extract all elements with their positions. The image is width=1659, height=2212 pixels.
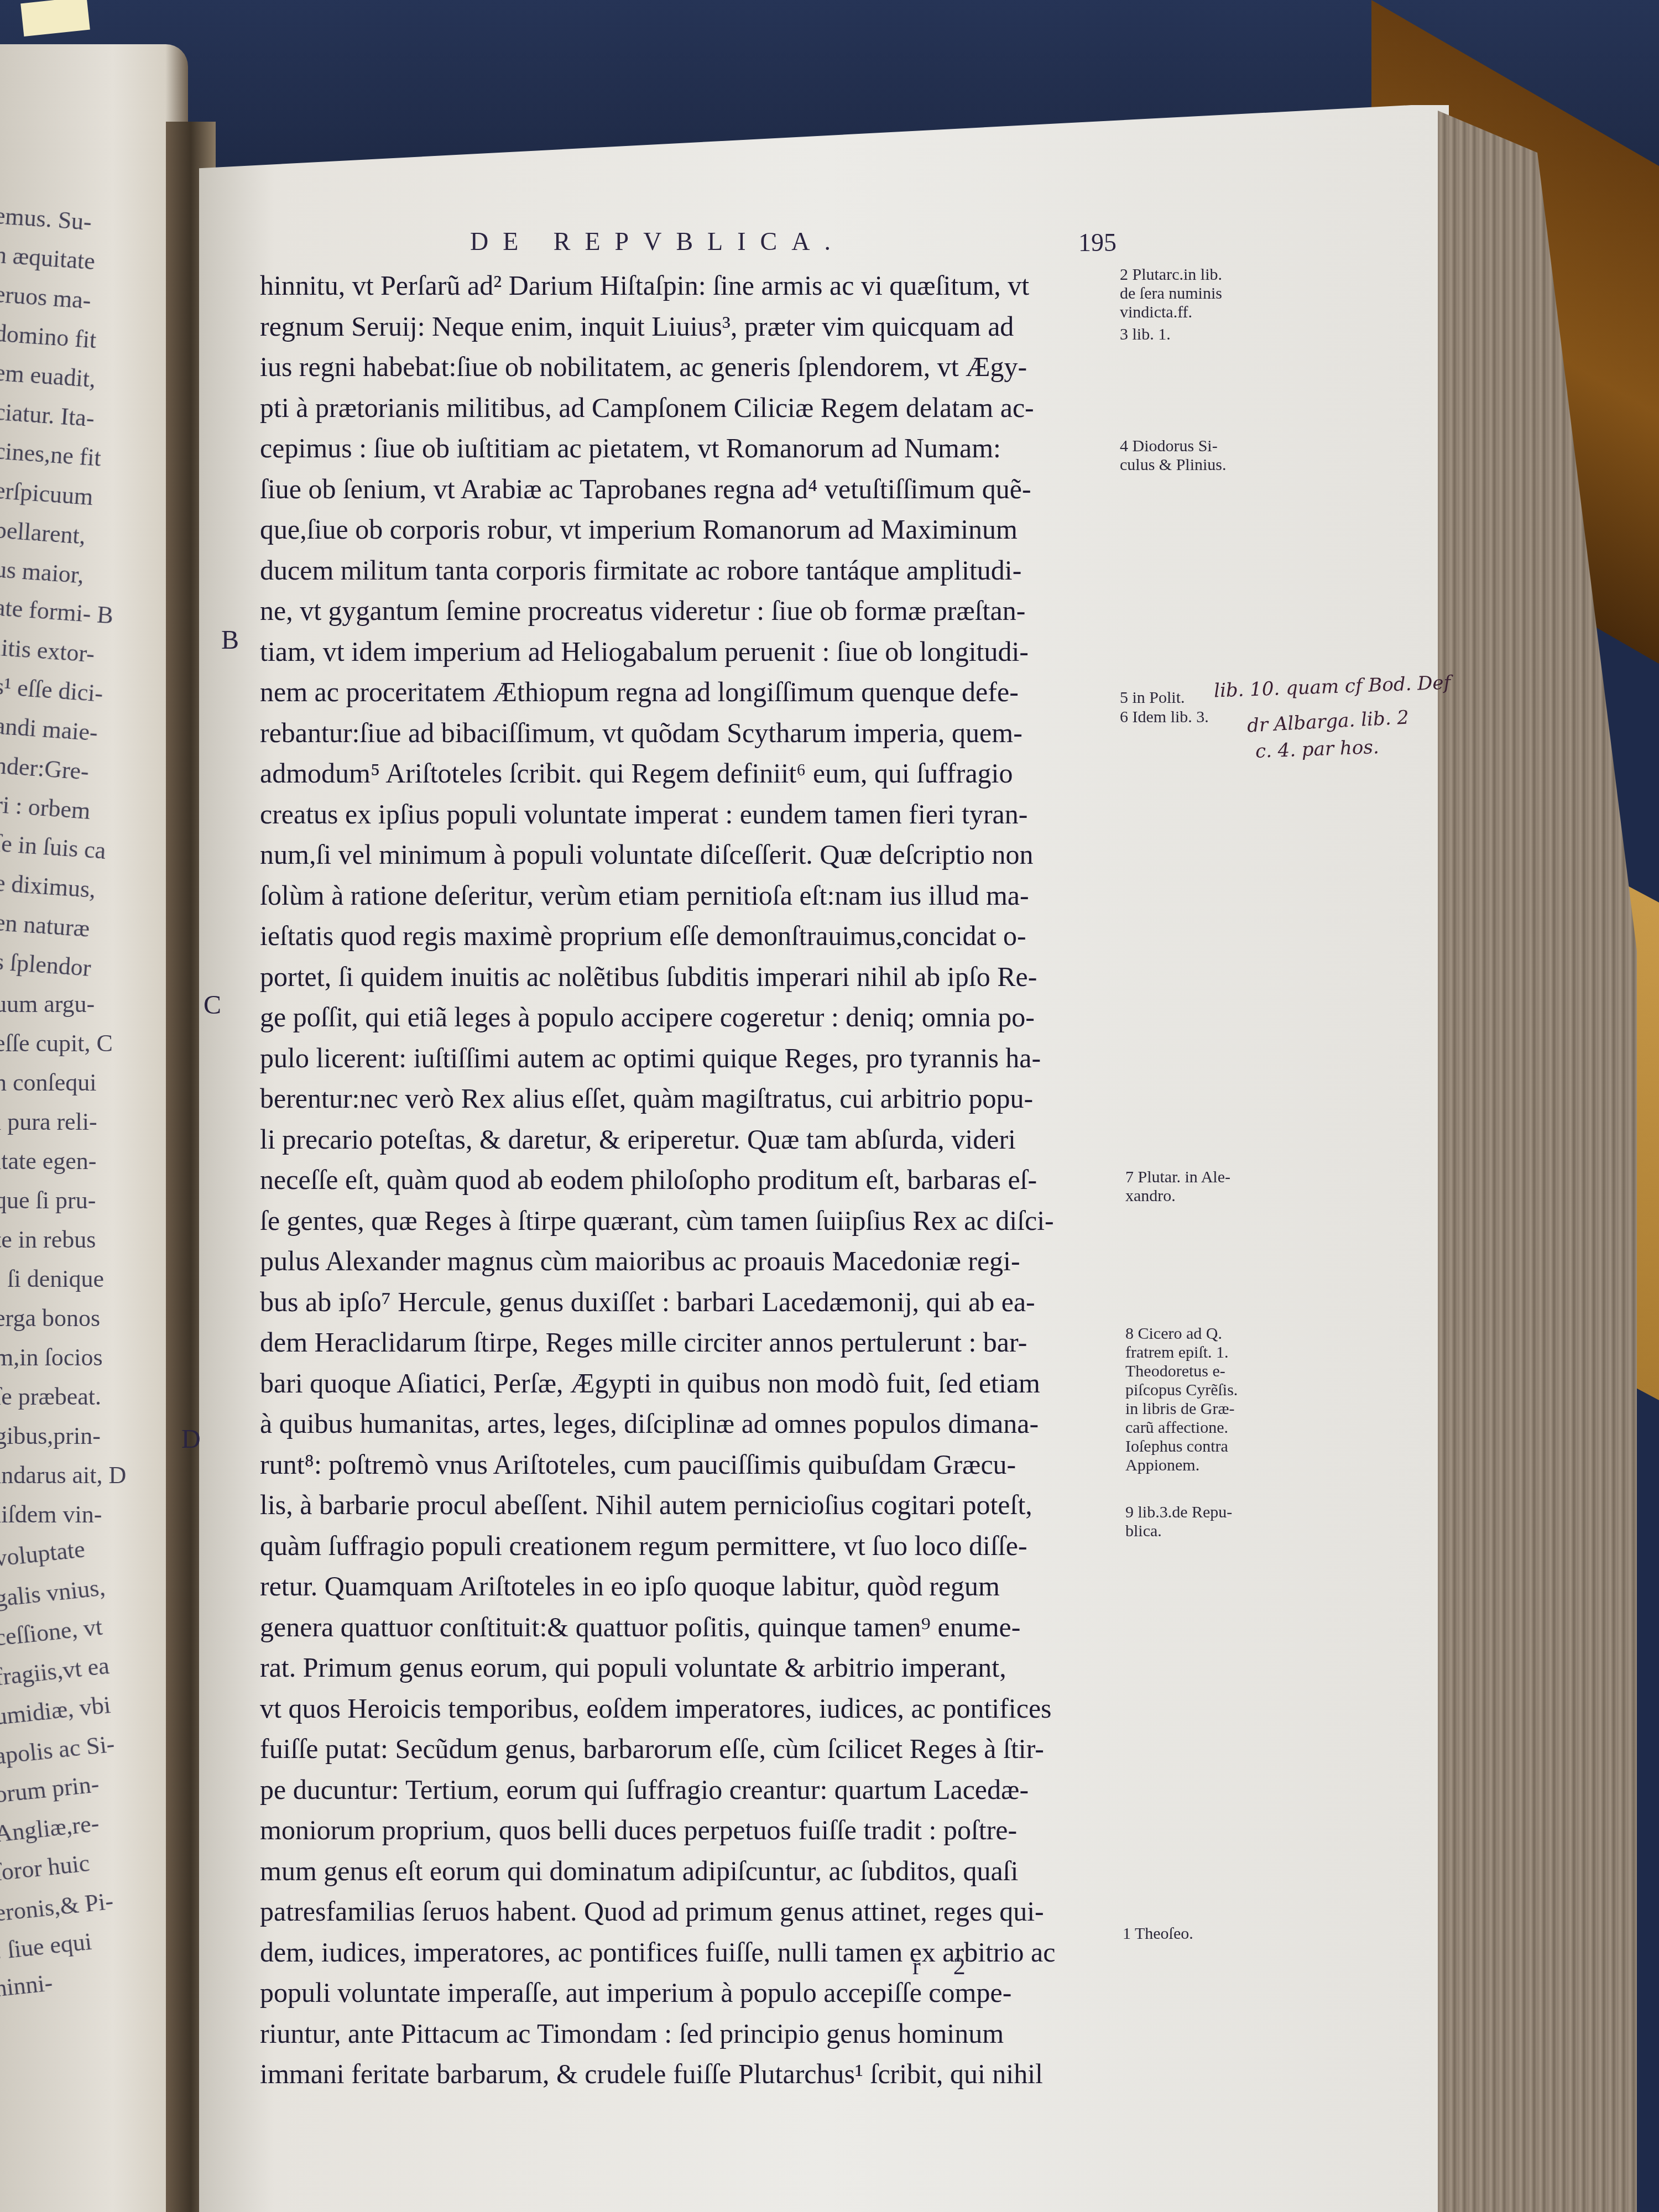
left-page-line: pellarent, — [0, 515, 86, 550]
left-page-line: us maior, — [0, 555, 85, 589]
margin-note-1: 1 Theoſeo. — [1123, 1924, 1193, 1943]
left-page-line: voluptate — [0, 1535, 86, 1573]
margin-note-4: 4 Diodorus Si- culus & Plinius. — [1120, 437, 1227, 474]
left-page-line: em euadit, — [0, 358, 97, 394]
text-line: patresfamilias ſeruos habent. Quod ad pr… — [260, 1891, 1117, 1932]
text-line: ieſtatis quod regis maximè proprium eſſe… — [260, 916, 1117, 957]
text-line: runt⁸: poſtremò vnus Ariſtoteles, cum pa… — [260, 1444, 1117, 1485]
left-page-line: ceſſione, vt — [0, 1613, 104, 1652]
left-page-line: : ſi denique — [0, 1265, 104, 1293]
text-line: dem, iudices, imperatores, ac pontifices… — [260, 1932, 1117, 1973]
left-page-line: s¹ eſſe dici- — [0, 672, 104, 708]
text-line: pulo licerent: iuſtiſſimi autem ac optim… — [260, 1038, 1117, 1079]
left-page-line: emus. Su- — [0, 201, 93, 236]
left-page-line: gibus,prin- — [0, 1422, 101, 1450]
text-line: fuiſſe putat: Secũdum genus, barbarorum … — [260, 1729, 1117, 1770]
left-page-line: fragiis,vt ea — [0, 1651, 111, 1691]
text-line: à quibus humanitas, artes, leges, diſcip… — [260, 1404, 1117, 1444]
left-page-line: ciatur. Ita- — [0, 398, 95, 432]
text-line: lis, à barbarie procul abeſſent. Nihil a… — [260, 1485, 1117, 1526]
margin-note-6: 6 Idem lib. 3. — [1120, 708, 1209, 727]
text-line: que,ſiue ob corporis robur, vt imperium … — [260, 509, 1117, 550]
text-line: populi voluntate imperaſſe, aut imperium… — [260, 1973, 1117, 2013]
text-line: bus ab ipſo⁷ Hercule, genus duxiſſet : b… — [260, 1282, 1117, 1323]
left-page-line: que ſi pru- — [0, 1186, 96, 1214]
left-page-line: nder:Gre- — [0, 751, 90, 786]
text-line: mum genus eſt eorum qui dominatum adipiſ… — [260, 1851, 1117, 1892]
left-page-line: ate formi- B — [0, 593, 114, 630]
text-line: creatus ex ipſius populi voluntate imper… — [260, 794, 1117, 835]
text-line: ſiue ob ſenium, vt Arabiæ ac Taprobanes … — [260, 469, 1117, 510]
text-line: genera quattuor conſtituit:& quattuor po… — [260, 1607, 1117, 1648]
left-page-line: cines,ne fit — [0, 436, 102, 472]
margin-note-8: 8 Cicero ad Q. fratrem epiſt. 1. Theodor… — [1125, 1324, 1238, 1475]
margin-note-9: 9 lib.3.de Repu- blica. — [1125, 1503, 1232, 1541]
text-line: ducem militum tanta corporis firmitate a… — [260, 550, 1117, 591]
section-letter-d: D — [181, 1424, 201, 1454]
left-page-line: n æquitate — [0, 241, 96, 276]
left-page-line: n conſequi — [0, 1068, 97, 1097]
section-letter-b: B — [221, 625, 239, 655]
left-page-line: e diximus, — [0, 869, 97, 904]
margin-note-5: 5 in Polit. — [1120, 688, 1185, 707]
text-line: ius regni habebat:ſiue ob nobilitatem, a… — [260, 347, 1117, 388]
text-line: rat. Primum genus eorum, qui populi volu… — [260, 1647, 1117, 1688]
margin-note-2: 2 Plutarc.in lib. de ſera numinis vindic… — [1120, 265, 1222, 322]
left-page-line: s ſplendor — [0, 947, 92, 982]
left-page-line: hinni- — [0, 1969, 54, 2003]
text-line: neceſſe eſt, quàm quod ab eodem philoſop… — [260, 1160, 1117, 1201]
left-page-line: : ſiue equi — [0, 1927, 93, 1965]
text-line: num,ſi vel minimum à populi voluntate di… — [260, 834, 1117, 875]
text-line: pulus Alexander magnus cùm maioribus ac … — [260, 1241, 1117, 1282]
left-page-line: uum argu- — [0, 990, 95, 1018]
left-page-line: ſe in ſuis ca — [0, 829, 107, 865]
text-line: ne, vt gygantum ſemine procreatus videre… — [260, 591, 1117, 632]
handwritten-annotation-line-3: c. 4. par hos. — [1255, 736, 1379, 763]
left-page-line: m,in ſocios — [0, 1343, 103, 1371]
text-line: riuntur, ante Pittacum ac Timondam : ſed… — [260, 2013, 1117, 2054]
margin-note-3: 3 lib. 1. — [1120, 325, 1171, 344]
text-line: ge poſſit, qui etiã leges à populo accip… — [260, 997, 1117, 1038]
left-page-line: indarus ait, D — [0, 1461, 126, 1489]
text-line: admodum⁵ Ariſtoteles ſcribit. qui Regem … — [260, 753, 1117, 794]
left-page-line: erſpicuum — [0, 476, 94, 511]
text-line: nem ac proceritatem Æthiopum regna ad lo… — [260, 672, 1117, 713]
left-page-line: umidiæ, vbi — [0, 1691, 112, 1731]
left-page-line: i pura reli- — [0, 1108, 97, 1136]
left-page-line: apolis ac Si- — [0, 1730, 116, 1770]
left-page-line: eronis,& Pi- — [0, 1887, 114, 1927]
text-line: quàm ſuffragio populi creationem regum p… — [260, 1526, 1117, 1567]
left-page-line: ſe præbeat. — [0, 1383, 101, 1411]
left-page-line: eſſe cupit, C — [0, 1029, 113, 1057]
left-page: emus. Su-n æquitateeruos ma-domino fitem… — [0, 44, 188, 2212]
text-line: pe ducuntur: Tertium, eorum qui ſuffragi… — [260, 1770, 1117, 1811]
text-line: ſolùm à ratione deſeritur, verùm etiam p… — [260, 875, 1117, 916]
left-page-line: ri : orbem — [0, 790, 91, 825]
page-number: 195 — [1078, 228, 1117, 257]
left-page-line: orum prin- — [0, 1770, 101, 1809]
text-line: dem Heraclidarum ſtirpe, Reges mille cir… — [260, 1322, 1117, 1363]
text-line: immani feritate barbarum, & crudele fuiſ… — [260, 2054, 1117, 2095]
text-line: berentur:nec verò Rex alius eſſet, quàm … — [260, 1078, 1117, 1119]
text-line: regnum Seruij: Neque enim, inquit Liuius… — [260, 306, 1117, 347]
running-header: DE REPVBLICA. — [470, 227, 845, 256]
left-page-line: domino fit — [0, 319, 97, 354]
left-page-line: ſoror huic — [0, 1849, 91, 1887]
text-line: rebantur:ſiue ad bibaciſſimum, vt quõdam… — [260, 713, 1117, 754]
left-page-line: en naturæ — [0, 908, 91, 943]
text-line: vt quos Heroicis temporibus, eoſdem impe… — [260, 1688, 1117, 1729]
left-page-line: Angliæ,re- — [0, 1809, 101, 1848]
text-line: cepimus : ſiue ob iuſtitiam ac pietatem,… — [260, 428, 1117, 469]
section-letter-c: C — [204, 990, 221, 1020]
text-line: moniorum proprium, quos belli duces perp… — [260, 1810, 1117, 1851]
text-line: hinnitu, vt Perſarũ ad² Darium Hiſtaſpin… — [260, 265, 1117, 306]
signature-mark: r 2 — [912, 1952, 979, 1980]
left-page-line: litis extor- — [0, 633, 96, 669]
left-page-line: erga bonos — [0, 1304, 100, 1332]
left-page-line: te in rebus — [0, 1225, 96, 1254]
text-line: li precario poteſtas, & daretur, & eripe… — [260, 1119, 1117, 1160]
left-page-line: andi maie- — [0, 712, 98, 747]
text-line: bari quoque Aſiatici, Perſæ, Ægypti in q… — [260, 1363, 1117, 1404]
left-page-line: iiſdem vin- — [0, 1500, 102, 1528]
text-line: tiam, vt idem imperium ad Heliogabalum p… — [260, 632, 1117, 672]
text-line: ſe gentes, quæ Reges à ſtirpe quærant, c… — [260, 1201, 1117, 1241]
left-page-line: itate egen- — [0, 1147, 96, 1175]
left-page-line: eruos ma- — [0, 280, 92, 315]
text-line: retur. Quamquam Ariſtoteles in eo ipſo q… — [260, 1566, 1117, 1607]
main-text-block: hinnitu, vt Perſarũ ad² Darium Hiſtaſpin… — [260, 265, 1117, 2095]
margin-note-7: 7 Plutar. in Ale- xandro. — [1125, 1168, 1230, 1206]
text-line: pti à prætorianis militibus, ad Campſone… — [260, 388, 1117, 429]
text-line: portet, ſi quidem inuitis ac nolẽtibus ſ… — [260, 957, 1117, 998]
left-page-line: galis vnius, — [0, 1573, 107, 1613]
